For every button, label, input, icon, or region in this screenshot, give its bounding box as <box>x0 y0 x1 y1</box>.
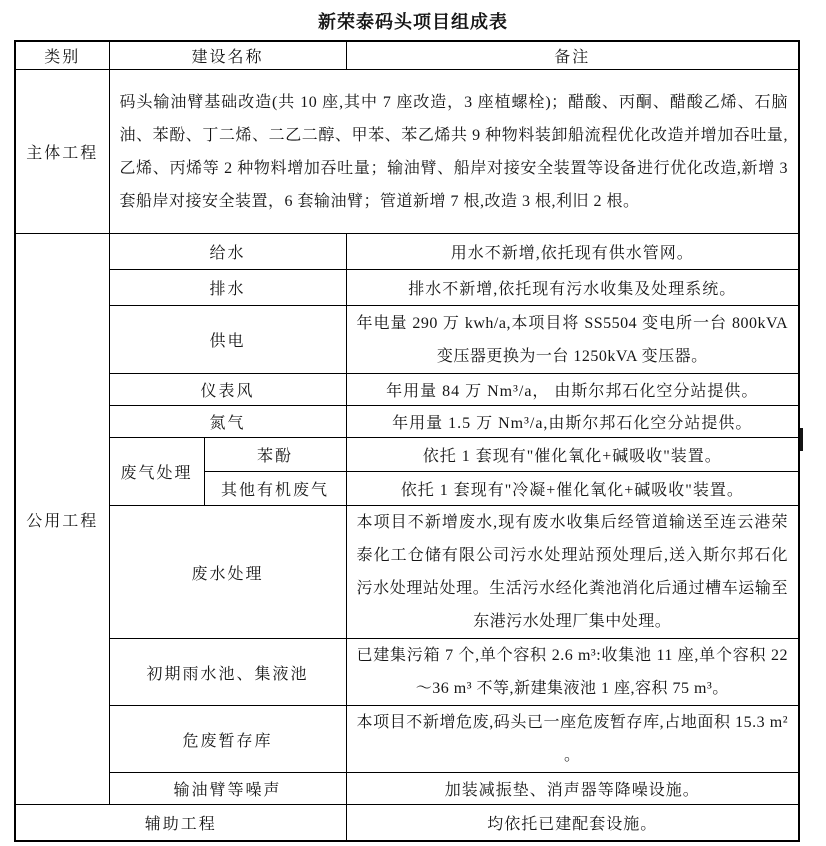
page-title: 新荣泰码头项目组成表 <box>0 8 826 34</box>
document-page: 新荣泰码头项目组成表 类别 建设名称 备注 主体工程 码头输油臂基础改造(共 1… <box>0 0 826 846</box>
name-other-organic-waste-gas: 其他有机废气 <box>204 472 346 506</box>
row-loading-arm-noise: 输油臂等噪声 加装减振垫、消声器等降噪设施。 <box>15 773 799 805</box>
remark-rainwater-pools: 已建集污箱 7 个,单个容积 2.6 m³:收集池 11 座,单个容积 22～3… <box>346 639 799 706</box>
revision-mark <box>800 428 803 451</box>
row-rainwater-pools: 初期雨水池、集液池 已建集污箱 7 个,单个容积 2.6 m³:收集池 11 座… <box>15 639 799 706</box>
remark-drainage: 排水不新增,依托现有污水收集及处理系统。 <box>346 270 799 306</box>
row-wastewater-treatment: 废水处理 本项目不新增废水,现有废水收集后经管道输送至连云港荣泰化工仓储有限公司… <box>15 506 799 639</box>
remark-hazardous-waste-storage: 本项目不新增危废,码头已一座危废暂存库,占地面积 15.3 m² 。 <box>346 706 799 773</box>
header-row: 类别 建设名称 备注 <box>15 41 799 70</box>
name-instrument-air: 仪表风 <box>109 374 346 406</box>
name-nitrogen: 氮气 <box>109 406 346 438</box>
name-rainwater-pools: 初期雨水池、集液池 <box>109 639 346 706</box>
row-power-supply: 供电 年电量 290 万 kwh/a,本项目将 SS5504 变电所一台 800… <box>15 306 799 374</box>
name-loading-arm-noise: 输油臂等噪声 <box>109 773 346 805</box>
category-public-project: 公用工程 <box>15 234 109 805</box>
name-wastewater-treatment: 废水处理 <box>109 506 346 639</box>
row-hazardous-waste-storage: 危废暂存库 本项目不新增危废,码头已一座危废暂存库,占地面积 15.3 m² 。 <box>15 706 799 773</box>
remark-wastewater-treatment: 本项目不新增废水,现有废水收集后经管道输送至连云港荣泰化工仓储有限公司污水处理站… <box>346 506 799 639</box>
row-nitrogen: 氮气 年用量 1.5 万 Nm³/a,由斯尔邦石化空分站提供。 <box>15 406 799 438</box>
name-phenol: 苯酚 <box>204 438 346 472</box>
remark-other-organic-waste-gas: 依托 1 套现有"冷凝+催化氧化+碱吸收"装置。 <box>346 472 799 506</box>
header-remark: 备注 <box>346 41 799 70</box>
main-project-remark: 码头输油臂基础改造(共 10 座,其中 7 座改造，3 座植螺栓)；醋酸、丙酮、… <box>109 70 799 234</box>
header-construction-name: 建设名称 <box>109 41 346 70</box>
row-waste-gas-phenol: 废气处理 苯酚 依托 1 套现有"催化氧化+碱吸收"装置。 <box>15 438 799 472</box>
remark-loading-arm-noise: 加装减振垫、消声器等降噪设施。 <box>346 773 799 805</box>
name-water-supply: 给水 <box>109 234 346 270</box>
main-project-row: 主体工程 码头输油臂基础改造(共 10 座,其中 7 座改造，3 座植螺栓)；醋… <box>15 70 799 234</box>
category-auxiliary-project: 辅助工程 <box>15 805 346 841</box>
remark-water-supply: 用水不新增,依托现有供水管网。 <box>346 234 799 270</box>
name-power-supply: 供电 <box>109 306 346 374</box>
remark-auxiliary-project: 均依托已建配套设施。 <box>346 805 799 841</box>
remark-phenol: 依托 1 套现有"催化氧化+碱吸收"装置。 <box>346 438 799 472</box>
remark-instrument-air: 年用量 84 万 Nm³/a， 由斯尔邦石化空分站提供。 <box>346 374 799 406</box>
remark-power-supply: 年电量 290 万 kwh/a,本项目将 SS5504 变电所一台 800kVA… <box>346 306 799 374</box>
name-drainage: 排水 <box>109 270 346 306</box>
row-instrument-air: 仪表风 年用量 84 万 Nm³/a， 由斯尔邦石化空分站提供。 <box>15 374 799 406</box>
row-drainage: 排水 排水不新增,依托现有污水收集及处理系统。 <box>15 270 799 306</box>
category-main-project: 主体工程 <box>15 70 109 234</box>
row-water-supply: 公用工程 给水 用水不新增,依托现有供水管网。 <box>15 234 799 270</box>
remark-nitrogen: 年用量 1.5 万 Nm³/a,由斯尔邦石化空分站提供。 <box>346 406 799 438</box>
header-category: 类别 <box>15 41 109 70</box>
project-composition-table: 类别 建设名称 备注 主体工程 码头输油臂基础改造(共 10 座,其中 7 座改… <box>14 40 800 842</box>
name-waste-gas-treatment: 废气处理 <box>109 438 204 506</box>
name-hazardous-waste-storage: 危废暂存库 <box>109 706 346 773</box>
auxiliary-project-row: 辅助工程 均依托已建配套设施。 <box>15 805 799 841</box>
